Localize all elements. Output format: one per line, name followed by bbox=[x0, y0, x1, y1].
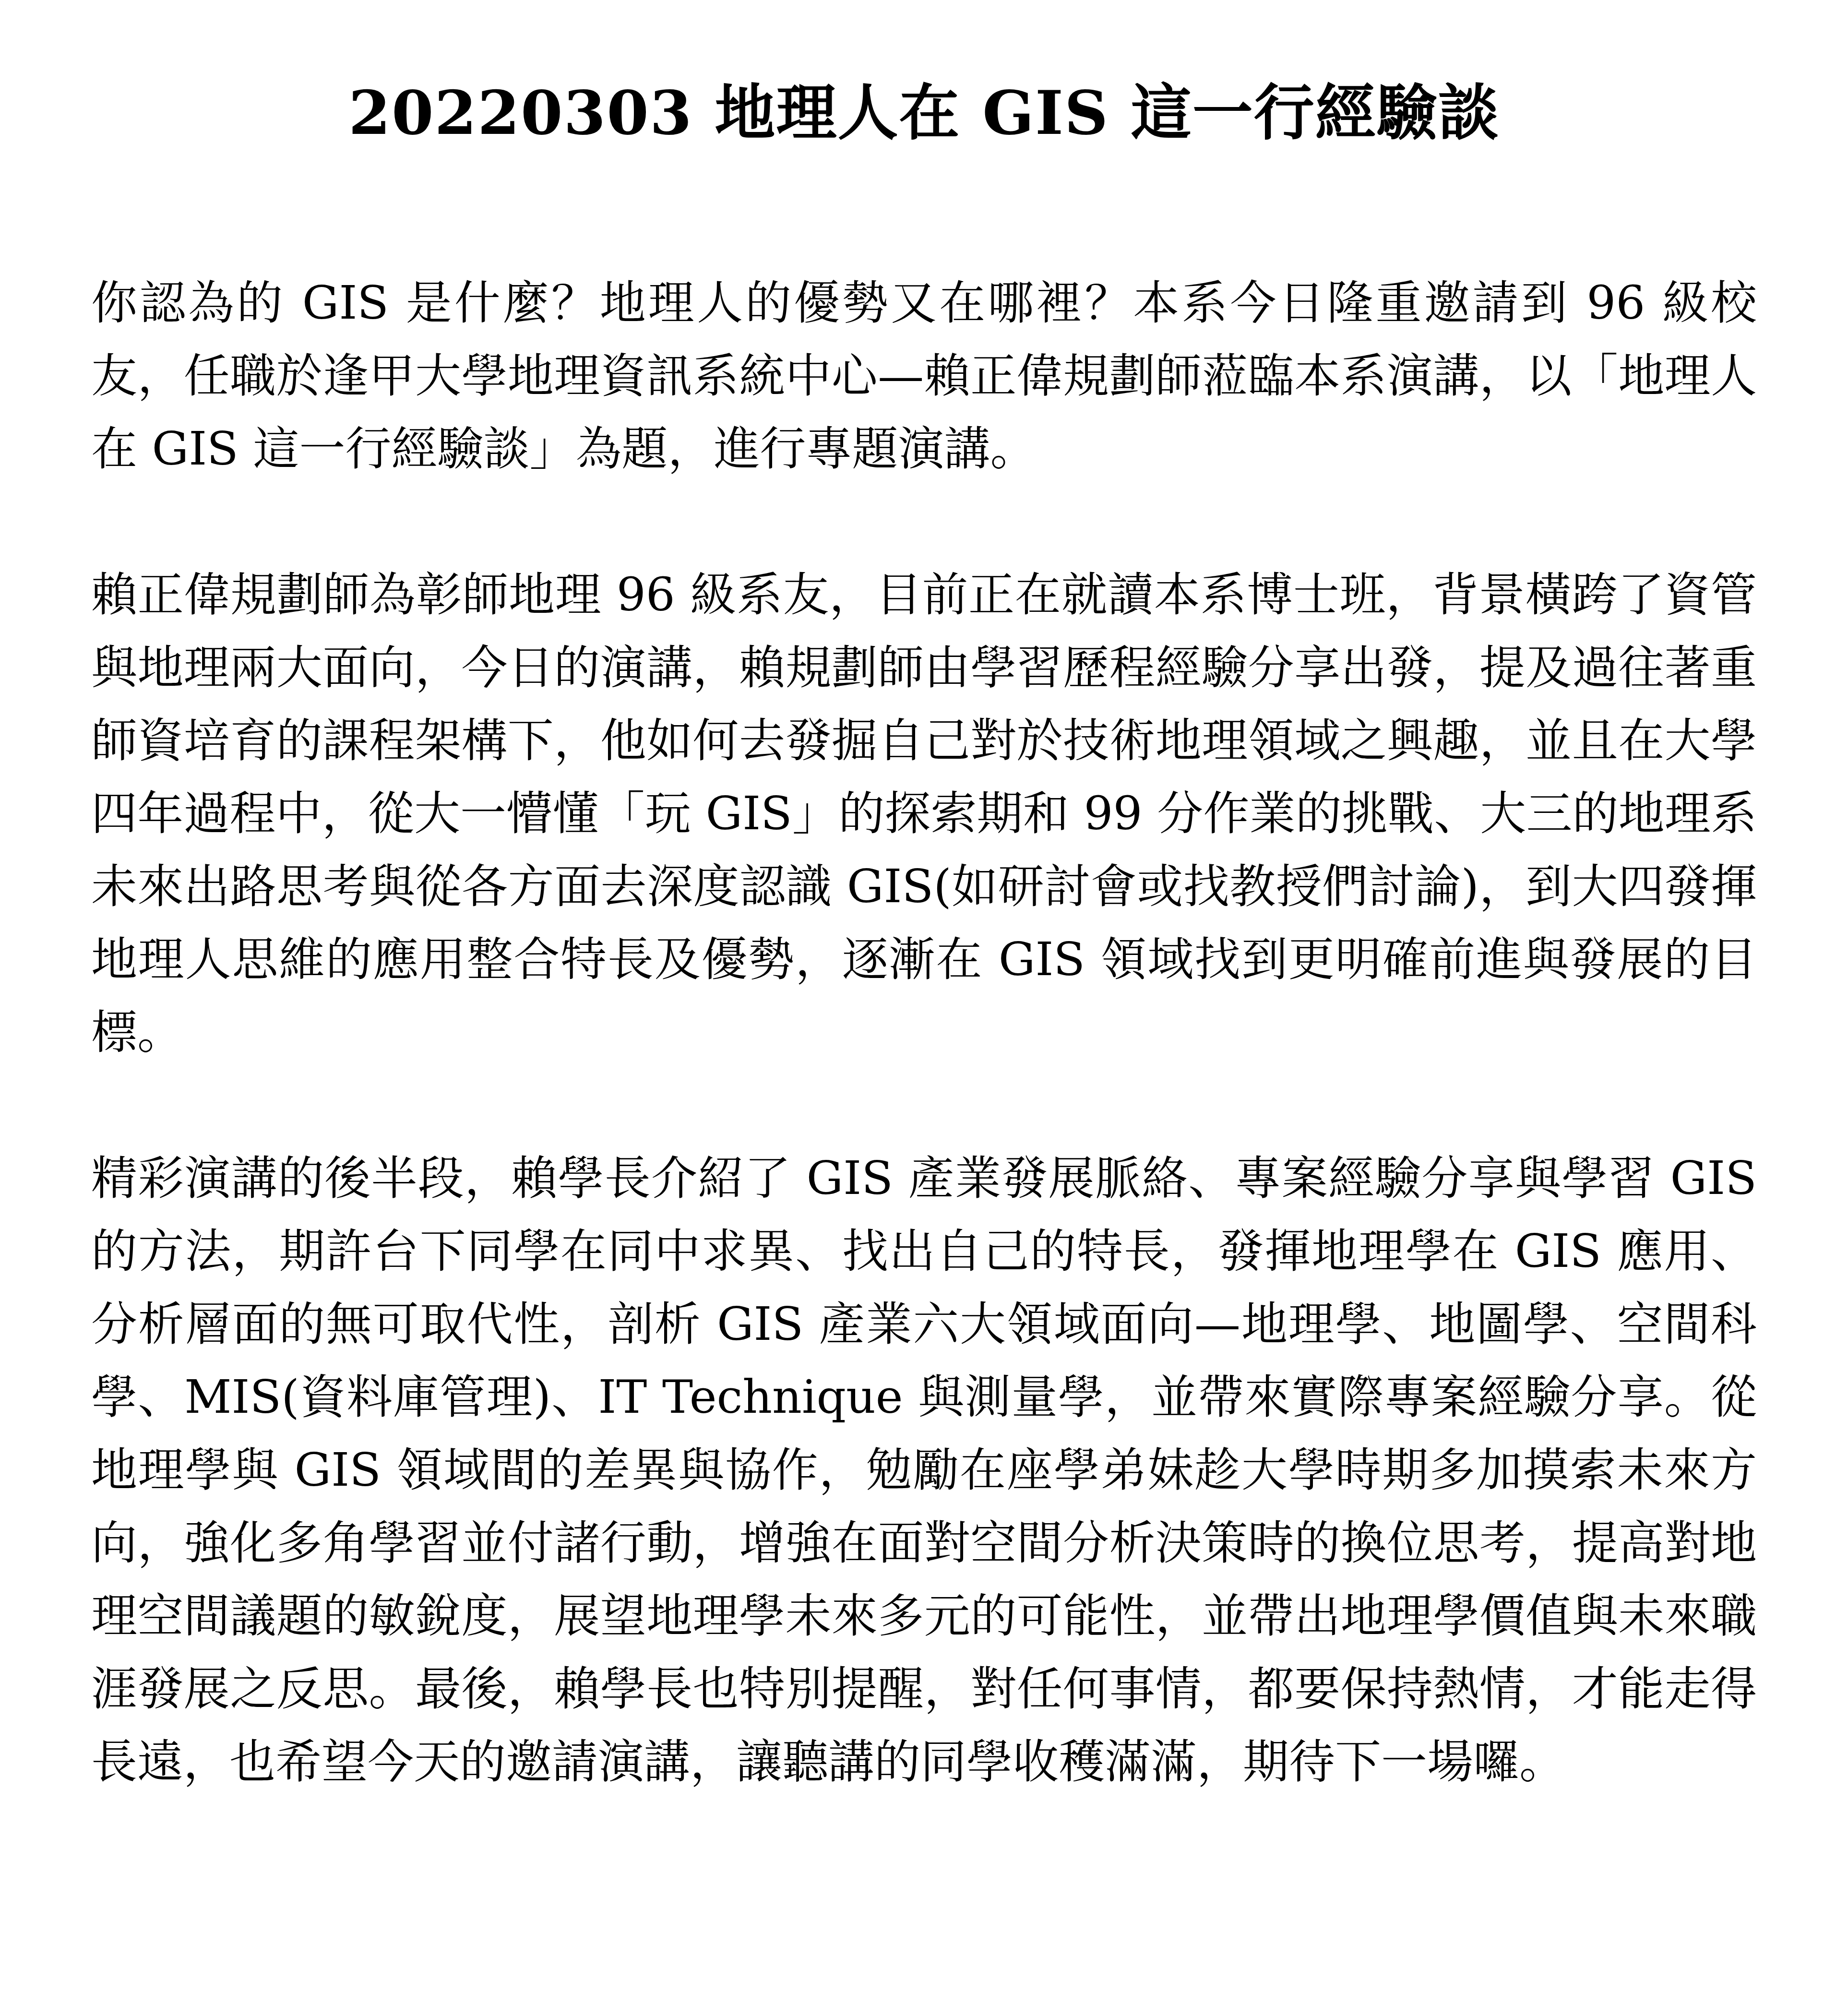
paragraph-intro: 你認為的 GIS 是什麼？地理人的優勢又在哪裡？本系今日隆重邀請到 96 級校友… bbox=[91, 266, 1757, 485]
document-page: 20220303 地理人在 GIS 這一行經驗談 你認為的 GIS 是什麼？地理… bbox=[0, 0, 1848, 2004]
document-body: { "document": { "title": "20220303 地理人在 … bbox=[0, 0, 1848, 2004]
document-title: 20220303 地理人在 GIS 這一行經驗談 bbox=[91, 67, 1757, 158]
paragraph-second-half-summary: 精彩演講的後半段，賴學長介紹了 GIS 產業發展脈絡、專案經驗分享與學習 GIS… bbox=[91, 1142, 1757, 1798]
paragraph-speaker-background: 賴正偉規劃師為彰師地理 96 級系友，目前正在就讀本系博士班，背景橫跨了資管與地… bbox=[91, 558, 1757, 1069]
